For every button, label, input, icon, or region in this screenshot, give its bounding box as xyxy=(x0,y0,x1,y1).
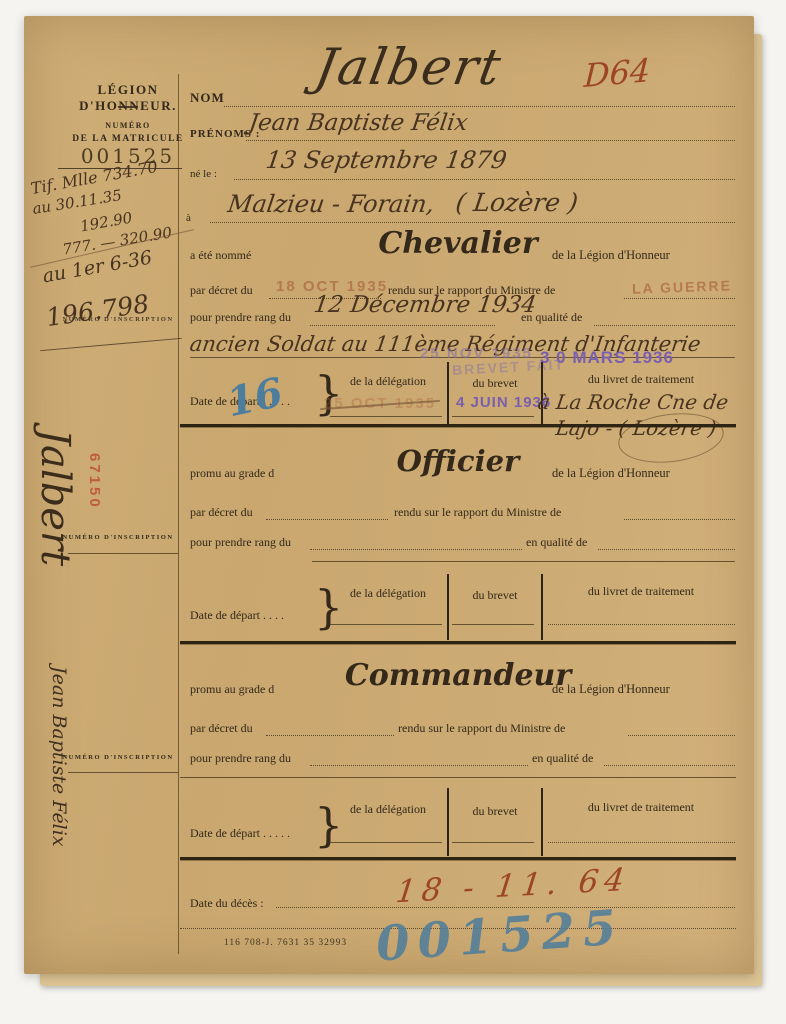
matricule-label-line1: NUMÉRO xyxy=(52,121,204,130)
commandeur-col-sep-1 xyxy=(447,788,449,856)
commandeur-brace: } xyxy=(314,798,343,852)
inscription-underline xyxy=(40,338,182,351)
chevalier-rank-rule xyxy=(310,325,495,326)
commandeur-delegation-rule xyxy=(330,842,442,843)
nom-value: Jalbert xyxy=(234,38,584,96)
record-card: LÉGION D'HONNEUR. NUMÉRO DE LA MATRICULE… xyxy=(24,16,754,974)
birthdate-label: né le : xyxy=(190,168,217,180)
officier-col-brevet: du brevet xyxy=(452,588,538,603)
commandeur-livret-rule xyxy=(548,842,735,843)
margin-vertical-firstnames: Jean Baptiste Félix xyxy=(48,666,70,961)
chevalier-depart-number-blue: 16 xyxy=(223,369,287,427)
commandeur-col-livret: du livret de traitement xyxy=(550,800,732,815)
commandeur-minister-rule xyxy=(628,735,735,736)
nom-label: NOM xyxy=(190,90,225,106)
stamp-30-mars-1936: 3 0 MARS 1936 xyxy=(540,348,674,368)
officier-decree-label: par décret du xyxy=(190,505,253,520)
officier-rank-label: pour prendre rang du xyxy=(190,535,291,550)
officier-decree-rule xyxy=(266,519,388,520)
officier-col-livret: du livret de traitement xyxy=(550,584,732,599)
margin-divider-rule xyxy=(178,74,180,954)
commandeur-grade-suffix: de la Légion d'Honneur xyxy=(552,682,670,697)
officier-decree-mid: rendu sur le rapport du Ministre de xyxy=(394,505,561,520)
inscription-label-3: NUMÉRO D'INSCRIPTION xyxy=(52,754,184,761)
officier-section-divider xyxy=(180,641,736,644)
prenoms-value: Jean Baptiste Félix xyxy=(247,110,469,136)
org-title-dash xyxy=(118,106,138,108)
officier-brace: } xyxy=(314,580,343,634)
officier-livret-rule xyxy=(548,624,735,625)
chevalier-col-delegation: de la délégation xyxy=(332,374,444,389)
officier-depart-label: Date de départ . . . . xyxy=(190,608,284,623)
chevalier-col-sep-1 xyxy=(447,362,449,424)
dossier-code: D64 xyxy=(583,51,651,95)
chevalier-decree-label: par décret du xyxy=(190,283,253,298)
officier-col-sep-1 xyxy=(447,574,449,640)
commandeur-depart-label: Date de départ . . . . . xyxy=(190,826,290,841)
inscription-rule-2 xyxy=(68,553,178,554)
inscription-rule-3 xyxy=(68,772,178,773)
chevalier-col-brevet: du brevet xyxy=(452,376,538,391)
officier-quality-rule xyxy=(598,549,735,550)
chevalier-rank-label: pour prendre rang du xyxy=(190,310,291,325)
birthplace-value: Malzieu - Forain, xyxy=(226,190,436,218)
commandeur-decree-rule xyxy=(266,735,394,736)
deces-label: Date du décès : xyxy=(190,896,264,911)
commandeur-decree-mid: rendu sur le rapport du Ministre de xyxy=(398,721,565,736)
birthplace-rule xyxy=(210,222,735,223)
blue-crayon-number: 001525 xyxy=(374,899,626,972)
officier-quality-label: en qualité de xyxy=(526,535,587,550)
commandeur-col-delegation: de la délégation xyxy=(332,802,444,817)
chevalier-delegation-rule xyxy=(330,416,442,417)
chevalier-col-livret: du livret de traitement xyxy=(550,372,732,387)
chevalier-livret-line1: à La Roche Cne de xyxy=(536,390,730,414)
officier-brevet-rule xyxy=(452,624,534,625)
birthdate-value: 13 Septembre 1879 xyxy=(264,146,508,174)
birthdate-rule xyxy=(234,179,735,180)
commandeur-decree-label: par décret du xyxy=(190,721,253,736)
commandeur-quality-label: en qualité de xyxy=(532,751,593,766)
chevalier-minister-stamp: LA GUERRE xyxy=(632,277,732,296)
margin-vertical-surname: Jalbert xyxy=(32,429,78,674)
commandeur-col-sep-2 xyxy=(541,788,543,856)
commandeur-col-brevet: du brevet xyxy=(452,804,538,819)
commandeur-subtable-top-rule xyxy=(180,777,736,778)
chevalier-grade-suffix: de la Légion d'Honneur xyxy=(552,248,670,263)
org-title: LÉGION D'HONNEUR. xyxy=(52,82,204,114)
officier-subtable-top-rule xyxy=(312,561,735,562)
officier-col-sep-2 xyxy=(541,574,543,640)
matricule-label-line2: DE LA MATRICULE xyxy=(52,134,204,144)
commandeur-rank-rule xyxy=(310,765,528,766)
chevalier-section-divider xyxy=(180,424,736,427)
chevalier-brevet-rule xyxy=(452,416,534,417)
officier-minister-rule xyxy=(624,519,735,520)
birthplace-dept: ( Lozère ) xyxy=(454,188,580,217)
officier-col-delegation: de la délégation xyxy=(332,586,444,601)
commandeur-brevet-rule xyxy=(452,842,534,843)
chevalier-minister-rule xyxy=(624,298,735,299)
print-reference: 116 708-J. 7631 35 32993 xyxy=(224,938,347,948)
prenoms-rule xyxy=(246,140,735,141)
commandeur-rank-label: pour prendre rang du xyxy=(190,751,291,766)
officier-rank-rule xyxy=(310,549,522,550)
inscription-number: 196.798 xyxy=(44,289,150,332)
birthplace-label: à xyxy=(186,212,191,224)
chevalier-rank-date: 12 Décembre 1934 xyxy=(312,292,538,318)
nom-rule xyxy=(224,106,735,107)
officier-delegation-rule xyxy=(330,624,442,625)
chevalier-quality-label: en qualité de xyxy=(521,310,582,325)
officier-grade-suffix: de la Légion d'Honneur xyxy=(552,466,670,481)
chevalier-quality-rule xyxy=(594,325,735,326)
commandeur-section-divider xyxy=(180,857,736,860)
commandeur-quality-rule xyxy=(604,765,735,766)
